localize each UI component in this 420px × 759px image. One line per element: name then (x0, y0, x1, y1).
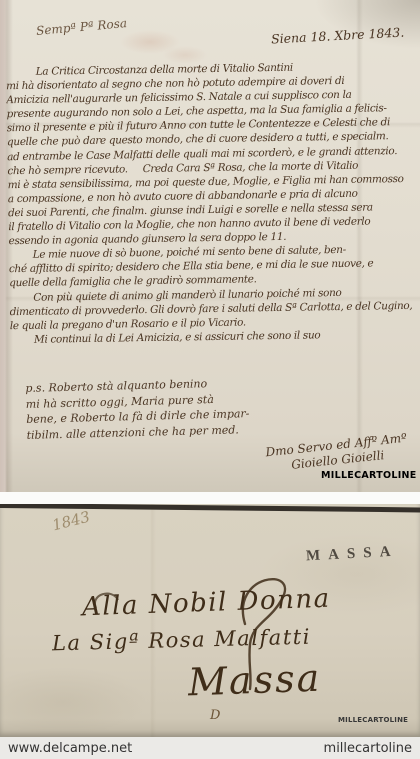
date-line: Siena 18. Xbre 1843. (270, 25, 404, 47)
postscript-block: p.s. Roberto stà alquanto beninomi hà sc… (25, 375, 250, 443)
paper-edge-shadow (0, 504, 420, 513)
millecartoline-watermark: MILLECARTOLINE (321, 470, 417, 481)
letter-d-note: D (210, 708, 220, 723)
letter-scan: Sempª Pª Rosa Siena 18. Xbre 1843. La Cr… (0, 0, 420, 494)
brand-label: millecartoline (324, 741, 412, 756)
signature-block: Dmo Servo ed Affº AmºGioiello Gioielli (261, 430, 413, 476)
millecartoline-watermark-2: MILLECARTOLINE (338, 716, 408, 724)
delcampe-url: www.delcampe.net (8, 741, 132, 756)
year-note: 1843 (50, 508, 91, 535)
footer-bar: www.delcampe.net millecartoline (0, 737, 420, 759)
letter-body: La Critica Circostanza della morte di Vi… (6, 59, 416, 351)
massa-postmark: MASSA (306, 544, 399, 566)
address-line-1: Alla Nobil Donna (82, 584, 332, 623)
cover-scan: 1843 MASSA Alla Nobil Donna La Sigª Rosa… (0, 504, 420, 737)
address-line-3: Massa (187, 656, 322, 705)
docket-note: Sempª Pª Rosa (36, 16, 128, 38)
photo-gap (0, 492, 420, 504)
scan-page: Sempª Pª Rosa Siena 18. Xbre 1843. La Cr… (0, 0, 420, 759)
address-line-2: La Sigª Rosa Malfatti (52, 625, 311, 656)
